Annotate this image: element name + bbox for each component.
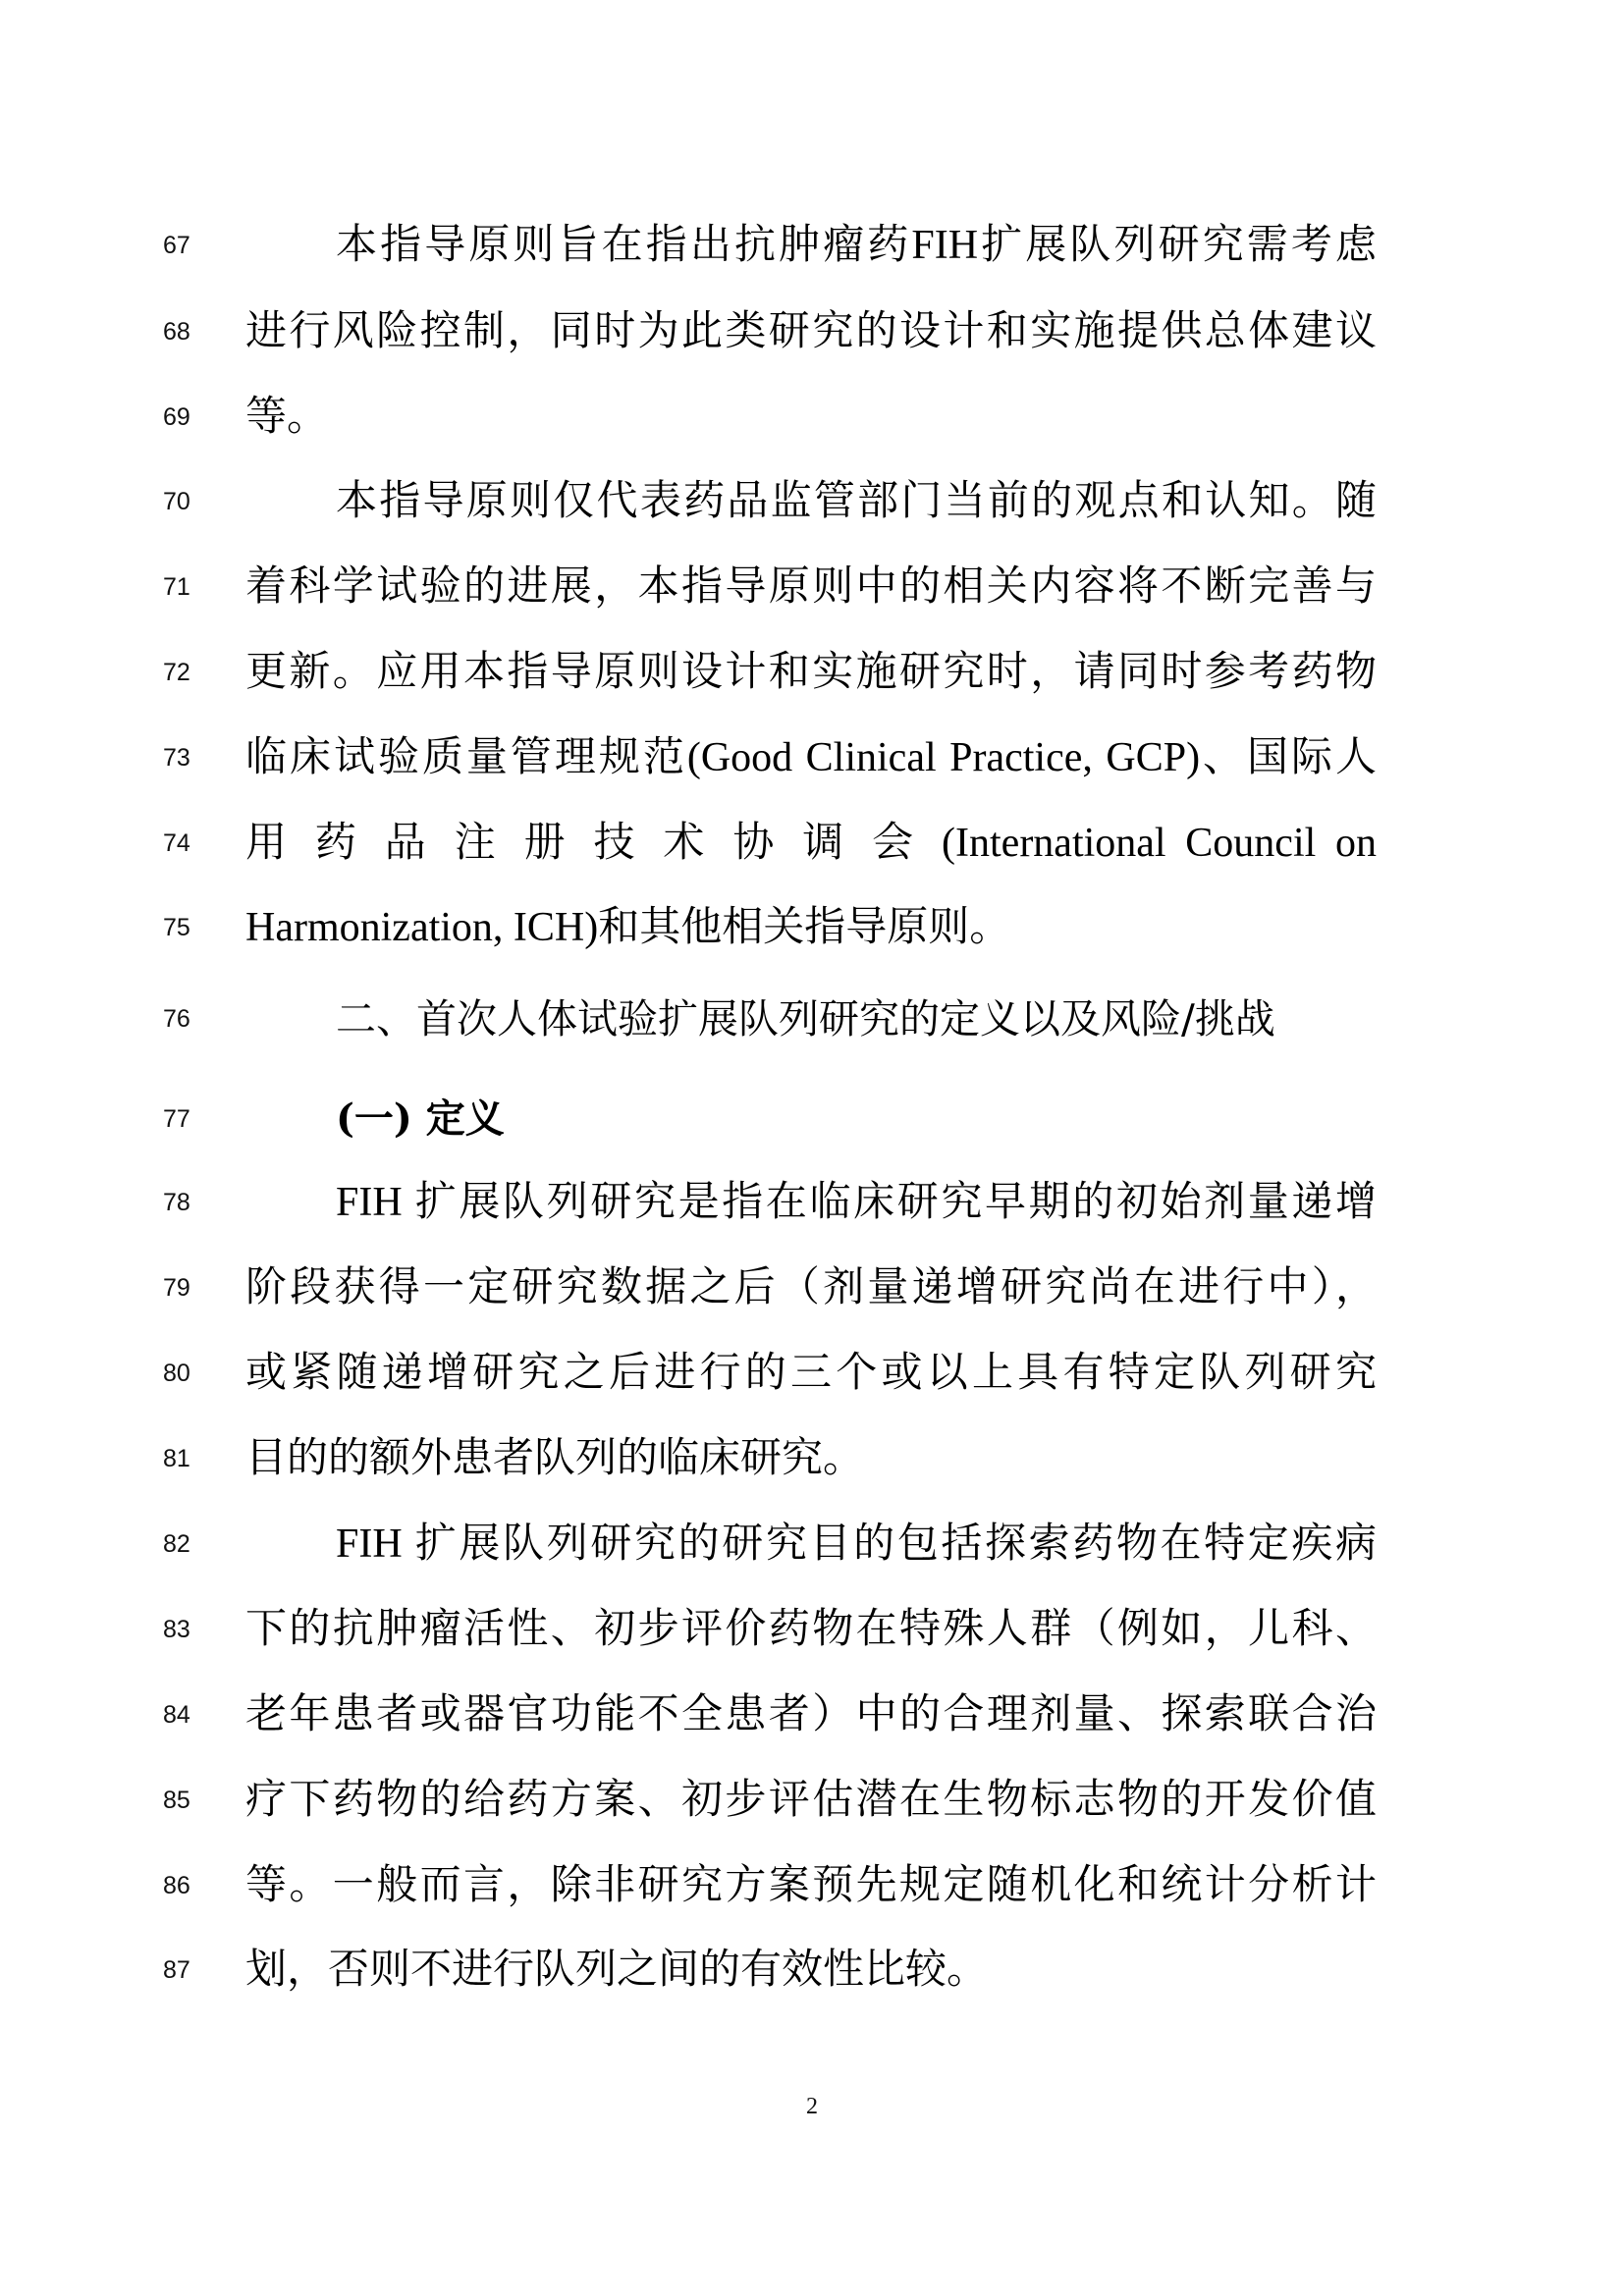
line-number: 75 <box>163 913 202 942</box>
paragraph-line: 划，否则不进行队列之间的有效性比较。 <box>245 1941 1377 2000</box>
line-number: 73 <box>163 743 202 773</box>
document-page: 67 本指导原则旨在指出抗肿瘤药FIH扩展队列研究需考虑 68 进行风险控制，同… <box>0 0 1624 2296</box>
line-number: 83 <box>163 1615 202 1644</box>
subsection-heading: (一) 定义 <box>336 1090 1377 1148</box>
paragraph-line: 临床试验质量管理规范(Good Clinical Practice, GCP)、… <box>245 728 1377 787</box>
paragraph-line: 下的抗肿瘤活性、初步评价药物在特殊人群（例如，儿科、 <box>245 1600 1377 1659</box>
paragraph-line: 更新。应用本指导原则设计和实施研究时，请同时参考药物 <box>245 643 1377 702</box>
paragraph-line: 本指导原则仅代表药品监管部门当前的观点和认知。随 <box>336 472 1377 531</box>
paragraph-line: 疗下药物的给药方案、初步评估潜在生物标志物的开发价值 <box>245 1771 1377 1830</box>
paragraph-line: 或紧随递增研究之后进行的三个或以上具有特定队列研究 <box>245 1344 1377 1403</box>
section-heading: 二、首次人体试验扩展队列研究的定义以及风险/挑战 <box>336 989 1377 1048</box>
line-number: 72 <box>163 658 202 687</box>
line-number: 81 <box>163 1444 202 1473</box>
paragraph-line: 目的的额外患者队列的临床研究。 <box>245 1429 1377 1488</box>
paragraph-line: 阶段获得一定研究数据之后（剂量递增研究尚在进行中）， <box>245 1258 1377 1317</box>
line-number: 76 <box>163 1004 202 1034</box>
paragraph-line: 等。 <box>245 388 1377 447</box>
line-number: 79 <box>163 1273 202 1303</box>
line-number: 78 <box>163 1188 202 1217</box>
line-number: 67 <box>163 231 202 260</box>
line-number: 82 <box>163 1529 202 1559</box>
paragraph-line: 用 药 品 注 册 技 术 协 调 会 (International Counc… <box>245 814 1377 873</box>
paragraph-line: 老年患者或器官功能不全患者）中的合理剂量、探索联合治 <box>245 1685 1377 1744</box>
paragraph-line: 本指导原则旨在指出抗肿瘤药FIH扩展队列研究需考虑 <box>336 216 1377 275</box>
line-number: 87 <box>163 1955 202 1985</box>
line-number: 69 <box>163 402 202 432</box>
line-number: 68 <box>163 317 202 347</box>
line-number: 74 <box>163 828 202 858</box>
line-number: 86 <box>163 1871 202 1900</box>
paragraph-line: 着科学试验的进展，本指导原则中的相关内容将不断完善与 <box>245 558 1377 616</box>
paragraph-line: 等。一般而言，除非研究方案预先规定随机化和统计分析计 <box>245 1856 1377 1915</box>
line-number: 71 <box>163 572 202 602</box>
paragraph-line: FIH 扩展队列研究的研究目的包括探索药物在特定疾病 <box>336 1515 1377 1574</box>
line-number: 85 <box>163 1786 202 1815</box>
paragraph-line: Harmonization, ICH)和其他相关指导原则。 <box>245 898 1377 957</box>
line-number: 80 <box>163 1359 202 1388</box>
paragraph-line: FIH 扩展队列研究是指在临床研究早期的初始剂量递增 <box>336 1173 1377 1232</box>
paragraph-line: 进行风险控制，同时为此类研究的设计和实施提供总体建议 <box>245 302 1377 361</box>
page-number: 2 <box>792 2092 832 2121</box>
line-number: 70 <box>163 487 202 516</box>
line-number: 84 <box>163 1700 202 1730</box>
line-number: 77 <box>163 1104 202 1134</box>
